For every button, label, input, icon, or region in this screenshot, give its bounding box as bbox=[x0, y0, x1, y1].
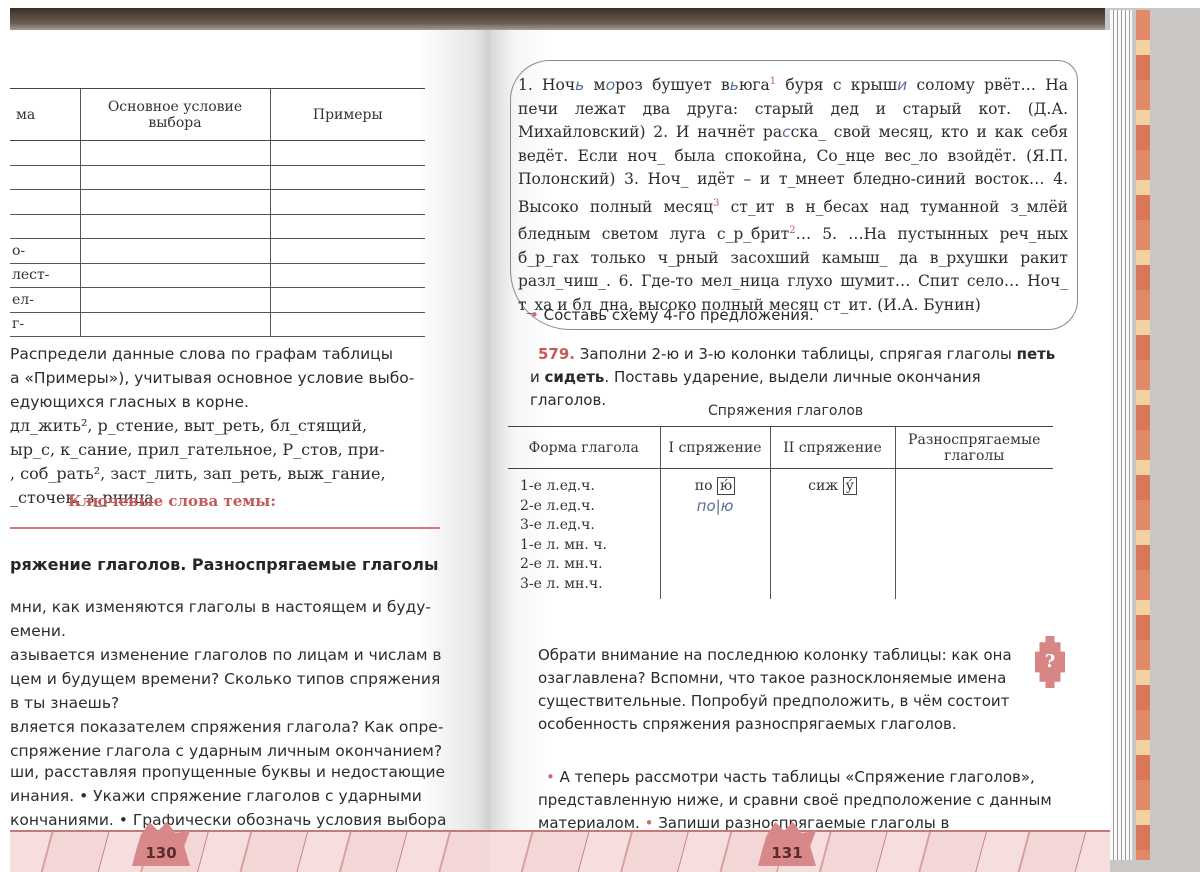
text-line: , соб_рать², заст_лить, зап_реть, выж_га… bbox=[10, 462, 450, 486]
text-line: едующихся гласных в корне. bbox=[10, 390, 450, 414]
table-header: II спряжение bbox=[770, 427, 895, 469]
table-header: Форма глагола bbox=[508, 427, 660, 469]
cover-edge bbox=[1136, 10, 1150, 860]
table-header: ма bbox=[10, 89, 80, 141]
verb-stem: сиж bbox=[808, 478, 838, 494]
passage-text: 1. Ноч bbox=[518, 76, 575, 94]
text-line: азывается изменение глаголов по лицам и … bbox=[10, 643, 450, 667]
passage-text: м bbox=[584, 76, 605, 94]
text-line: мни, как изменяются глаголы в настоящем … bbox=[10, 595, 450, 619]
text-line: инания. • Укажи спряжение глаголов с уда… bbox=[10, 784, 450, 808]
text-line: в ты знаешь? bbox=[10, 691, 450, 715]
irregular-verbs-cell bbox=[895, 469, 1053, 599]
table-header: Примеры bbox=[270, 89, 425, 141]
verb: сидеть bbox=[545, 368, 605, 386]
text-line: ши, расставляя пропущенные буквы и недос… bbox=[10, 760, 450, 784]
table-cell bbox=[10, 190, 80, 215]
text-line: а «Примеры»), учитывая основное условие … bbox=[10, 366, 450, 390]
bullet-icon: • bbox=[546, 768, 555, 786]
keywords-heading: Ключевые слова темы: bbox=[68, 492, 276, 510]
handwritten-letter: ь bbox=[575, 76, 584, 94]
table-cell: о- bbox=[10, 239, 80, 264]
task-text: и bbox=[530, 368, 545, 386]
exercise-instructions: Распредели данные слова по графам таблиц… bbox=[10, 342, 450, 414]
passage-text: роз бушует в bbox=[615, 76, 730, 94]
text-line: емени. bbox=[10, 619, 450, 643]
handwritten-answer: по|ю bbox=[661, 497, 770, 515]
table-header: Основное условие выбора bbox=[80, 89, 270, 141]
conjugation-2-cell: сиж у́ bbox=[770, 469, 895, 599]
table-cell: г- bbox=[10, 312, 80, 337]
divider bbox=[10, 527, 440, 529]
table-header: Разноспрягаемые глаголы bbox=[895, 427, 1053, 469]
handwritten-letter: о bbox=[606, 76, 615, 94]
text-line: дл_жить², р_стение, выт_реть, бл_стящий, bbox=[10, 414, 450, 438]
passage-text: юга bbox=[739, 76, 770, 94]
verb-form: 1-е л.ед.ч. bbox=[508, 477, 660, 497]
table-header: I спряжение bbox=[660, 427, 770, 469]
task-text: Составь схему 4-го предложения. bbox=[544, 306, 814, 324]
conjugation-table: Форма глагола I спряжение II спряжение Р… bbox=[508, 426, 1053, 599]
review-questions: мни, как изменяются глаголы в настоящем … bbox=[10, 595, 450, 763]
table-cell: лест- bbox=[10, 263, 80, 288]
verb-ending: у́ bbox=[843, 477, 857, 495]
verb-forms-cell: 1-е л.ед.ч. 2-е л.ед.ч. 3-е л.ед.ч. 1-е … bbox=[508, 469, 660, 599]
text-line: цем и будущем времени? Сколько типов спр… bbox=[10, 667, 450, 691]
verb-form: 3-е л.ед.ч. bbox=[508, 516, 660, 536]
table-cell bbox=[10, 165, 80, 190]
section-title: ряжение глаголов. Разноспрягаемые глагол… bbox=[10, 555, 438, 574]
spelling-table: ма Основное условие выбора Примеры о- ле… bbox=[10, 88, 425, 337]
handwritten-letter: и bbox=[897, 76, 907, 94]
task-579: 579. Заполни 2-ю и 3-ю колонки таблицы, … bbox=[530, 343, 1060, 412]
passage-text: буря с крыш bbox=[776, 76, 897, 94]
bullet-icon: • bbox=[530, 306, 539, 324]
verb-stem: по bbox=[695, 478, 713, 494]
scheme-task: • Составь схему 4-го предложения. bbox=[530, 304, 1060, 327]
task-text: Заполни 2-ю и 3-ю колонки таблицы, спряг… bbox=[575, 345, 1017, 363]
footer-decoration bbox=[10, 830, 490, 872]
verb-form: 3-е л. мн.ч. bbox=[508, 575, 660, 595]
handwritten-letter: ь bbox=[730, 76, 739, 94]
table-cell: ел- bbox=[10, 288, 80, 313]
page-stack-edge bbox=[1110, 10, 1132, 860]
question-icon: ? bbox=[1035, 636, 1065, 688]
exercise-passage: 1. Ночь мороз бушует вьюга1 буря с крыши… bbox=[518, 70, 1068, 317]
table-caption: Спряжения глаголов bbox=[708, 403, 863, 419]
verb-form: 2-е л. мн.ч. bbox=[508, 555, 660, 575]
verb-form: 2-е л.ед.ч. bbox=[508, 497, 660, 517]
text-line: вляется показателем спряжения глагола? К… bbox=[10, 715, 450, 739]
handwritten-letter: с bbox=[782, 123, 791, 141]
task-number: 579. bbox=[538, 345, 575, 363]
table-cell bbox=[10, 141, 80, 166]
verb-ending: ю́ bbox=[717, 477, 735, 495]
attention-text: Обрати внимание на последнюю колонку таб… bbox=[538, 644, 1018, 736]
page-131: 1. Ночь мороз бушует вьюга1 буря с крыши… bbox=[490, 30, 1110, 872]
text-line: Распредели данные слова по графам таблиц… bbox=[10, 342, 450, 366]
table-cell bbox=[10, 214, 80, 239]
text-line: ыр_с, к_сание, прил_гательное, Р_стов, п… bbox=[10, 438, 450, 462]
conjugation-1-cell: по ю́ по|ю bbox=[660, 469, 770, 599]
text-line: кончаниями. • Графически обозначь услови… bbox=[10, 808, 450, 832]
page-130: ма Основное условие выбора Примеры о- ле… bbox=[10, 30, 490, 872]
verb: петь bbox=[1017, 345, 1056, 363]
verb-form: 1-е л. мн. ч. bbox=[508, 536, 660, 556]
